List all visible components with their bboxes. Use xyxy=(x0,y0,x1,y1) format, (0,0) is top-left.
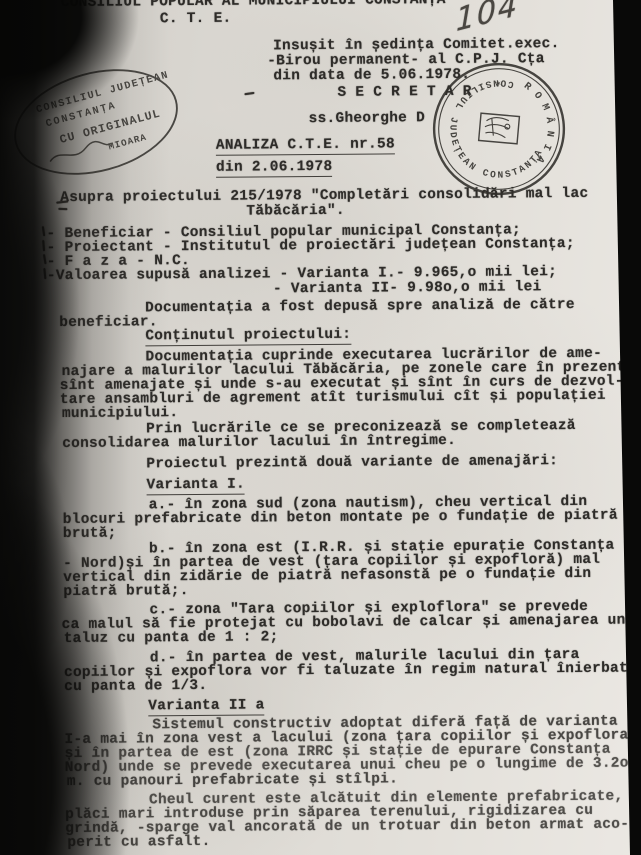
text-line: m. cu panouri prefabricate și stîlpi. xyxy=(67,772,398,790)
pen-mark xyxy=(42,240,45,251)
text-line: Tăbăcăria". xyxy=(246,204,345,220)
text-line: ss.Gheorghe D xyxy=(309,111,425,127)
text-line: Varianta II a xyxy=(148,698,265,716)
text-line: consolidarea malurilor lacului în întreg… xyxy=(62,434,456,452)
text-line: piatră brută;. xyxy=(63,584,188,600)
pen-mark xyxy=(58,208,67,210)
pen-mark xyxy=(244,92,254,95)
text-line: brută; xyxy=(63,527,117,542)
text-line: CONSILIUL POPULAR AL MUNICIPIULUI CONSTA… xyxy=(61,0,446,11)
text-line: blocuri prefabricate din beton montate p… xyxy=(63,509,618,528)
handwritten-page-number: 104 xyxy=(456,0,519,39)
text-line: taluz cu panta de 1 : 2; xyxy=(64,630,279,647)
round-official-stamp: CONSILIUL JUDEȚEAN CONSTANȚA ROMÂNIA ✶ ✶ xyxy=(415,45,582,212)
round-stamp-graphic: CONSILIUL JUDEȚEAN CONSTANȚA ROMÂNIA ✶ ✶ xyxy=(415,45,582,212)
text-line: din 2.06.1978 xyxy=(216,160,333,178)
text-line: perit cu asfalt. xyxy=(67,835,210,851)
text-line: C. T. E. xyxy=(160,12,232,28)
document-photo: 104 CONSILIUL POPULAR AL MUNICIPIULUI CO… xyxy=(0,0,641,855)
coat-of-arms-emblem xyxy=(479,113,520,144)
text-line: cu panta de 1/3. xyxy=(64,679,207,695)
text-line: beneficiar. xyxy=(59,315,158,331)
text-line: ANALIZA C.T.E. nr.58 xyxy=(216,137,395,155)
text-line: Documentația a fost depusă spre analiză … xyxy=(145,298,575,316)
text-line: - Varianta II- 9.98o,o mii lei xyxy=(273,280,542,297)
pen-mark xyxy=(42,226,45,236)
text-line: Varianta I. xyxy=(146,478,245,496)
text-line: Conținutul proiectului: xyxy=(145,328,351,347)
text-line: Proiectul prezintă două variante de amen… xyxy=(146,454,558,472)
text-line: municipiului. xyxy=(62,406,178,422)
oval-stamp-line4: MIOARA xyxy=(107,132,148,153)
